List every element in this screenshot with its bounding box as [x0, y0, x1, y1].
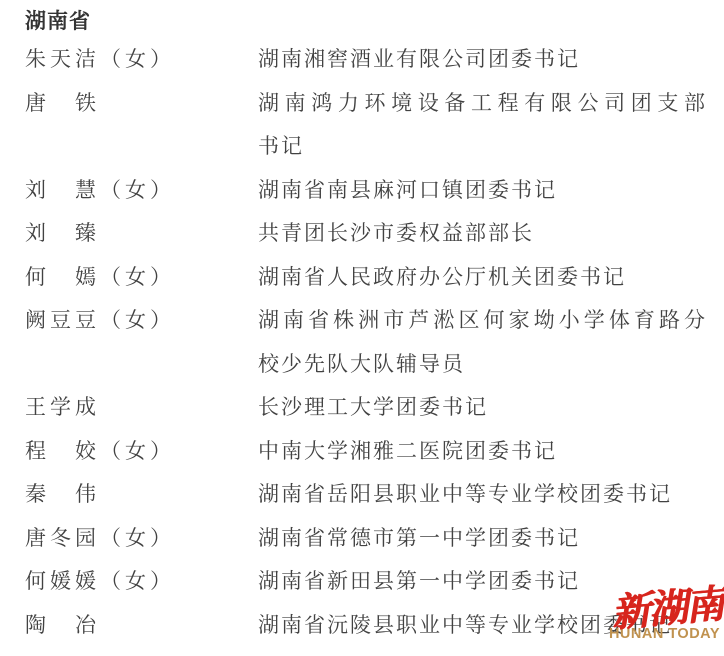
person-name: 何 嫣（女） — [25, 256, 258, 300]
person-position-line: 湖南省沅陵县职业中等专业学校团委书记 — [258, 604, 705, 648]
person-name: 程 姣（女） — [25, 430, 258, 474]
person-position-line: 湖南省岳阳县职业中等专业学校团委书记 — [258, 473, 705, 517]
award-row: 何 嫣（女） 湖南省人民政府办公厅机关团委书记 — [25, 256, 714, 300]
person-position: 湖南湘窖酒业有限公司团委书记 — [258, 38, 705, 82]
award-list-document: 湖南省 朱天洁（女） 湖南湘窖酒业有限公司团委书记 唐 铁 湖南鸿力环境设备工程… — [0, 0, 724, 647]
person-position-line: 共青团长沙市委权益部部长 — [258, 212, 705, 256]
person-position: 长沙理工大学团委书记 — [258, 386, 705, 430]
person-position-line: 湖南省南县麻河口镇团委书记 — [258, 169, 705, 213]
person-name: 朱天洁（女） — [25, 38, 258, 82]
person-name: 刘 臻 — [25, 212, 258, 256]
person-position: 湖南省新田县第一中学团委书记 — [258, 560, 705, 604]
award-row: 刘 慧（女） 湖南省南县麻河口镇团委书记 — [25, 169, 714, 213]
person-position: 湖南省沅陵县职业中等专业学校团委书记 — [258, 604, 705, 648]
person-position: 湖南省南县麻河口镇团委书记 — [258, 169, 705, 213]
award-row: 程 姣（女） 中南大学湘雅二医院团委书记 — [25, 430, 714, 474]
award-row: 刘 臻 共青团长沙市委权益部部长 — [25, 212, 714, 256]
person-position-line: 中南大学湘雅二医院团委书记 — [258, 430, 705, 474]
award-row: 唐冬园（女） 湖南省常德市第一中学团委书记 — [25, 517, 714, 561]
person-position-line: 书记 — [258, 125, 705, 169]
person-position-line: 湖南鸿力环境设备工程有限公司团支部 — [258, 82, 705, 126]
person-position-line: 湖南湘窖酒业有限公司团委书记 — [258, 38, 705, 82]
person-name: 何媛媛（女） — [25, 560, 258, 604]
award-row: 阙豆豆（女） 湖南省株洲市芦淞区何家坳小学体育路分校少先队大队辅导员 — [25, 299, 714, 386]
person-name: 王学成 — [25, 386, 258, 430]
award-row: 唐 铁 湖南鸿力环境设备工程有限公司团支部书记 — [25, 82, 714, 169]
award-row: 秦 伟 湖南省岳阳县职业中等专业学校团委书记 — [25, 473, 714, 517]
award-rows: 朱天洁（女） 湖南湘窖酒业有限公司团委书记 唐 铁 湖南鸿力环境设备工程有限公司… — [25, 38, 714, 647]
person-position-line: 湖南省新田县第一中学团委书记 — [258, 560, 705, 604]
person-position-line: 湖南省人民政府办公厅机关团委书记 — [258, 256, 705, 300]
person-position: 湖南省株洲市芦淞区何家坳小学体育路分校少先队大队辅导员 — [258, 299, 705, 386]
person-position: 湖南鸿力环境设备工程有限公司团支部书记 — [258, 82, 705, 169]
person-position: 湖南省人民政府办公厅机关团委书记 — [258, 256, 705, 300]
person-position: 中南大学湘雅二医院团委书记 — [258, 430, 705, 474]
person-position-line: 湖南省常德市第一中学团委书记 — [258, 517, 705, 561]
person-position: 湖南省岳阳县职业中等专业学校团委书记 — [258, 473, 705, 517]
award-row: 何媛媛（女） 湖南省新田县第一中学团委书记 — [25, 560, 714, 604]
award-row: 陶 冶 湖南省沅陵县职业中等专业学校团委书记 — [25, 604, 714, 648]
person-name: 唐冬园（女） — [25, 517, 258, 561]
document-page: 湖南省 朱天洁（女） 湖南湘窖酒业有限公司团委书记 唐 铁 湖南鸿力环境设备工程… — [0, 0, 724, 656]
person-name: 唐 铁 — [25, 82, 258, 126]
person-position-line: 湖南省株洲市芦淞区何家坳小学体育路分 — [258, 299, 705, 343]
award-row: 朱天洁（女） 湖南湘窖酒业有限公司团委书记 — [25, 38, 714, 82]
person-position: 共青团长沙市委权益部部长 — [258, 212, 705, 256]
province-header: 湖南省 — [25, 0, 714, 38]
person-name: 阙豆豆（女） — [25, 299, 258, 343]
person-position-line: 长沙理工大学团委书记 — [258, 386, 705, 430]
person-name: 秦 伟 — [25, 473, 258, 517]
person-name: 陶 冶 — [25, 604, 258, 648]
person-position-line: 校少先队大队辅导员 — [258, 343, 705, 387]
person-name: 刘 慧（女） — [25, 169, 258, 213]
award-row: 王学成 长沙理工大学团委书记 — [25, 386, 714, 430]
person-position: 湖南省常德市第一中学团委书记 — [258, 517, 705, 561]
